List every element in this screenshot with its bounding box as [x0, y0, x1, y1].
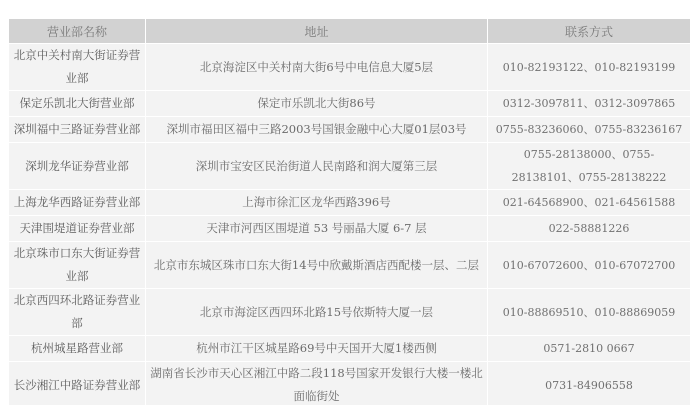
branch-address: 深圳市福田区福中三路2003号国银金融中心大厦01层03号	[146, 117, 488, 143]
branch-name: 保定乐凯北大街营业部	[9, 91, 146, 117]
table-row: 保定乐凯北大街营业部 保定市乐凯北大街86号 0312-3097811、0312…	[9, 91, 691, 117]
table-row: 北京西四环北路证券营业部 北京市海淀区西四环北路15号依斯特大厦一层 010-8…	[9, 289, 691, 336]
table-row: 天津围堤道证券营业部 天津市河西区围堤道 53 号丽晶大厦 6-7 层 022-…	[9, 216, 691, 242]
branch-address: 杭州市江干区城星路69号中天国开大厦1楼西侧	[146, 336, 488, 362]
branch-address: 湖南省长沙市天心区湘江中路二段118号国家开发银行大楼一楼北面临街处	[146, 362, 488, 405]
branch-phone: 0755-83236060、0755-83236167	[488, 117, 691, 143]
branch-phone: 0731-84906558	[488, 362, 691, 405]
header-name: 营业部名称	[9, 19, 146, 44]
table-row: 长沙湘江中路证券营业部 湖南省长沙市天心区湘江中路二段118号国家开发银行大楼一…	[9, 362, 691, 405]
branch-phone: 022-58881226	[488, 216, 691, 242]
branch-address: 北京海淀区中关村南大街6号中电信息大厦5层	[146, 44, 488, 91]
branch-phone: 021-64568900、021-64561588	[488, 190, 691, 216]
table-header-row: 营业部名称 地址 联系方式	[9, 19, 691, 44]
branch-phone: 0571-2810 0667	[488, 336, 691, 362]
branch-name: 北京西四环北路证券营业部	[9, 289, 146, 336]
branch-address: 天津市河西区围堤道 53 号丽晶大厦 6-7 层	[146, 216, 488, 242]
branch-address: 上海市徐汇区龙华西路396号	[146, 190, 488, 216]
branch-phone: 010-88869510、010-88869059	[488, 289, 691, 336]
branch-name: 上海龙华西路证券营业部	[9, 190, 146, 216]
branch-phone: 010-67072600、010-67072700	[488, 242, 691, 289]
branch-name: 北京珠市口东大街证券营业部	[9, 242, 146, 289]
branch-table: 营业部名称 地址 联系方式 北京中关村南大街证券营业部 北京海淀区中关村南大街6…	[8, 18, 691, 405]
table-row: 深圳龙华证券营业部 深圳市宝安区民治街道人民南路和润大厦第三层 0755-281…	[9, 143, 691, 190]
branch-name: 天津围堤道证券营业部	[9, 216, 146, 242]
branch-address: 北京市东城区珠市口东大街14号中欣戴斯酒店西配楼一层、二层	[146, 242, 488, 289]
branch-address: 北京市海淀区西四环北路15号依斯特大厦一层	[146, 289, 488, 336]
branch-name: 深圳龙华证券营业部	[9, 143, 146, 190]
table-row: 上海龙华西路证券营业部 上海市徐汇区龙华西路396号 021-64568900、…	[9, 190, 691, 216]
branch-phone: 010-82193122、010-82193199	[488, 44, 691, 91]
table-row: 深圳福中三路证券营业部 深圳市福田区福中三路2003号国银金融中心大厦01层03…	[9, 117, 691, 143]
branch-name: 杭州城星路营业部	[9, 336, 146, 362]
table-row: 杭州城星路营业部 杭州市江干区城星路69号中天国开大厦1楼西侧 0571-281…	[9, 336, 691, 362]
table-row: 北京珠市口东大街证券营业部 北京市东城区珠市口东大街14号中欣戴斯酒店西配楼一层…	[9, 242, 691, 289]
branch-address: 深圳市宝安区民治街道人民南路和润大厦第三层	[146, 143, 488, 190]
branch-name: 深圳福中三路证券营业部	[9, 117, 146, 143]
branch-name: 长沙湘江中路证券营业部	[9, 362, 146, 405]
header-address: 地址	[146, 19, 488, 44]
header-phone: 联系方式	[488, 19, 691, 44]
table-row: 北京中关村南大街证券营业部 北京海淀区中关村南大街6号中电信息大厦5层 010-…	[9, 44, 691, 91]
branch-phone: 0312-3097811、0312-3097865	[488, 91, 691, 117]
branch-name: 北京中关村南大街证券营业部	[9, 44, 146, 91]
branch-address: 保定市乐凯北大街86号	[146, 91, 488, 117]
branch-phone: 0755-28138000、0755-28138101、0755-2813822…	[488, 143, 691, 190]
